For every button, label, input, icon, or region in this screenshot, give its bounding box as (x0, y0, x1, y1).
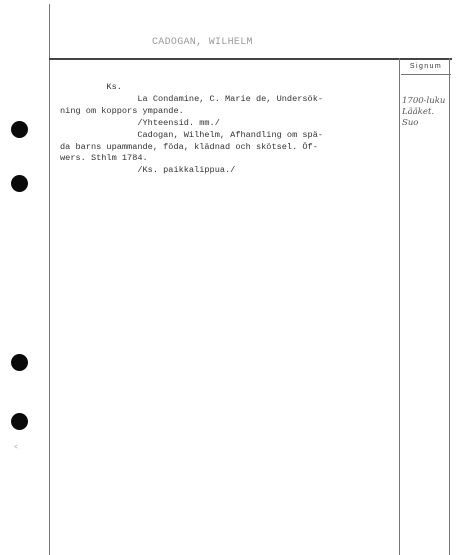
punch-hole (11, 121, 28, 138)
left-border-line (49, 4, 50, 555)
margin-mark: < (14, 444, 18, 452)
punch-hole (11, 175, 28, 192)
punch-hole (11, 413, 28, 430)
signum-right-line (449, 58, 450, 555)
header-divider-line (49, 58, 452, 60)
card-body-text: Ks. La Condamine, C. Marie de, Undersök-… (60, 82, 323, 177)
signum-label: Signum (401, 60, 451, 75)
signum-handwritten-note: 1700-luku Lääket. Suo (402, 96, 445, 129)
card-heading: CADOGAN, WILHELM (152, 37, 253, 48)
signum-left-line (399, 58, 400, 555)
punch-hole (11, 354, 28, 371)
